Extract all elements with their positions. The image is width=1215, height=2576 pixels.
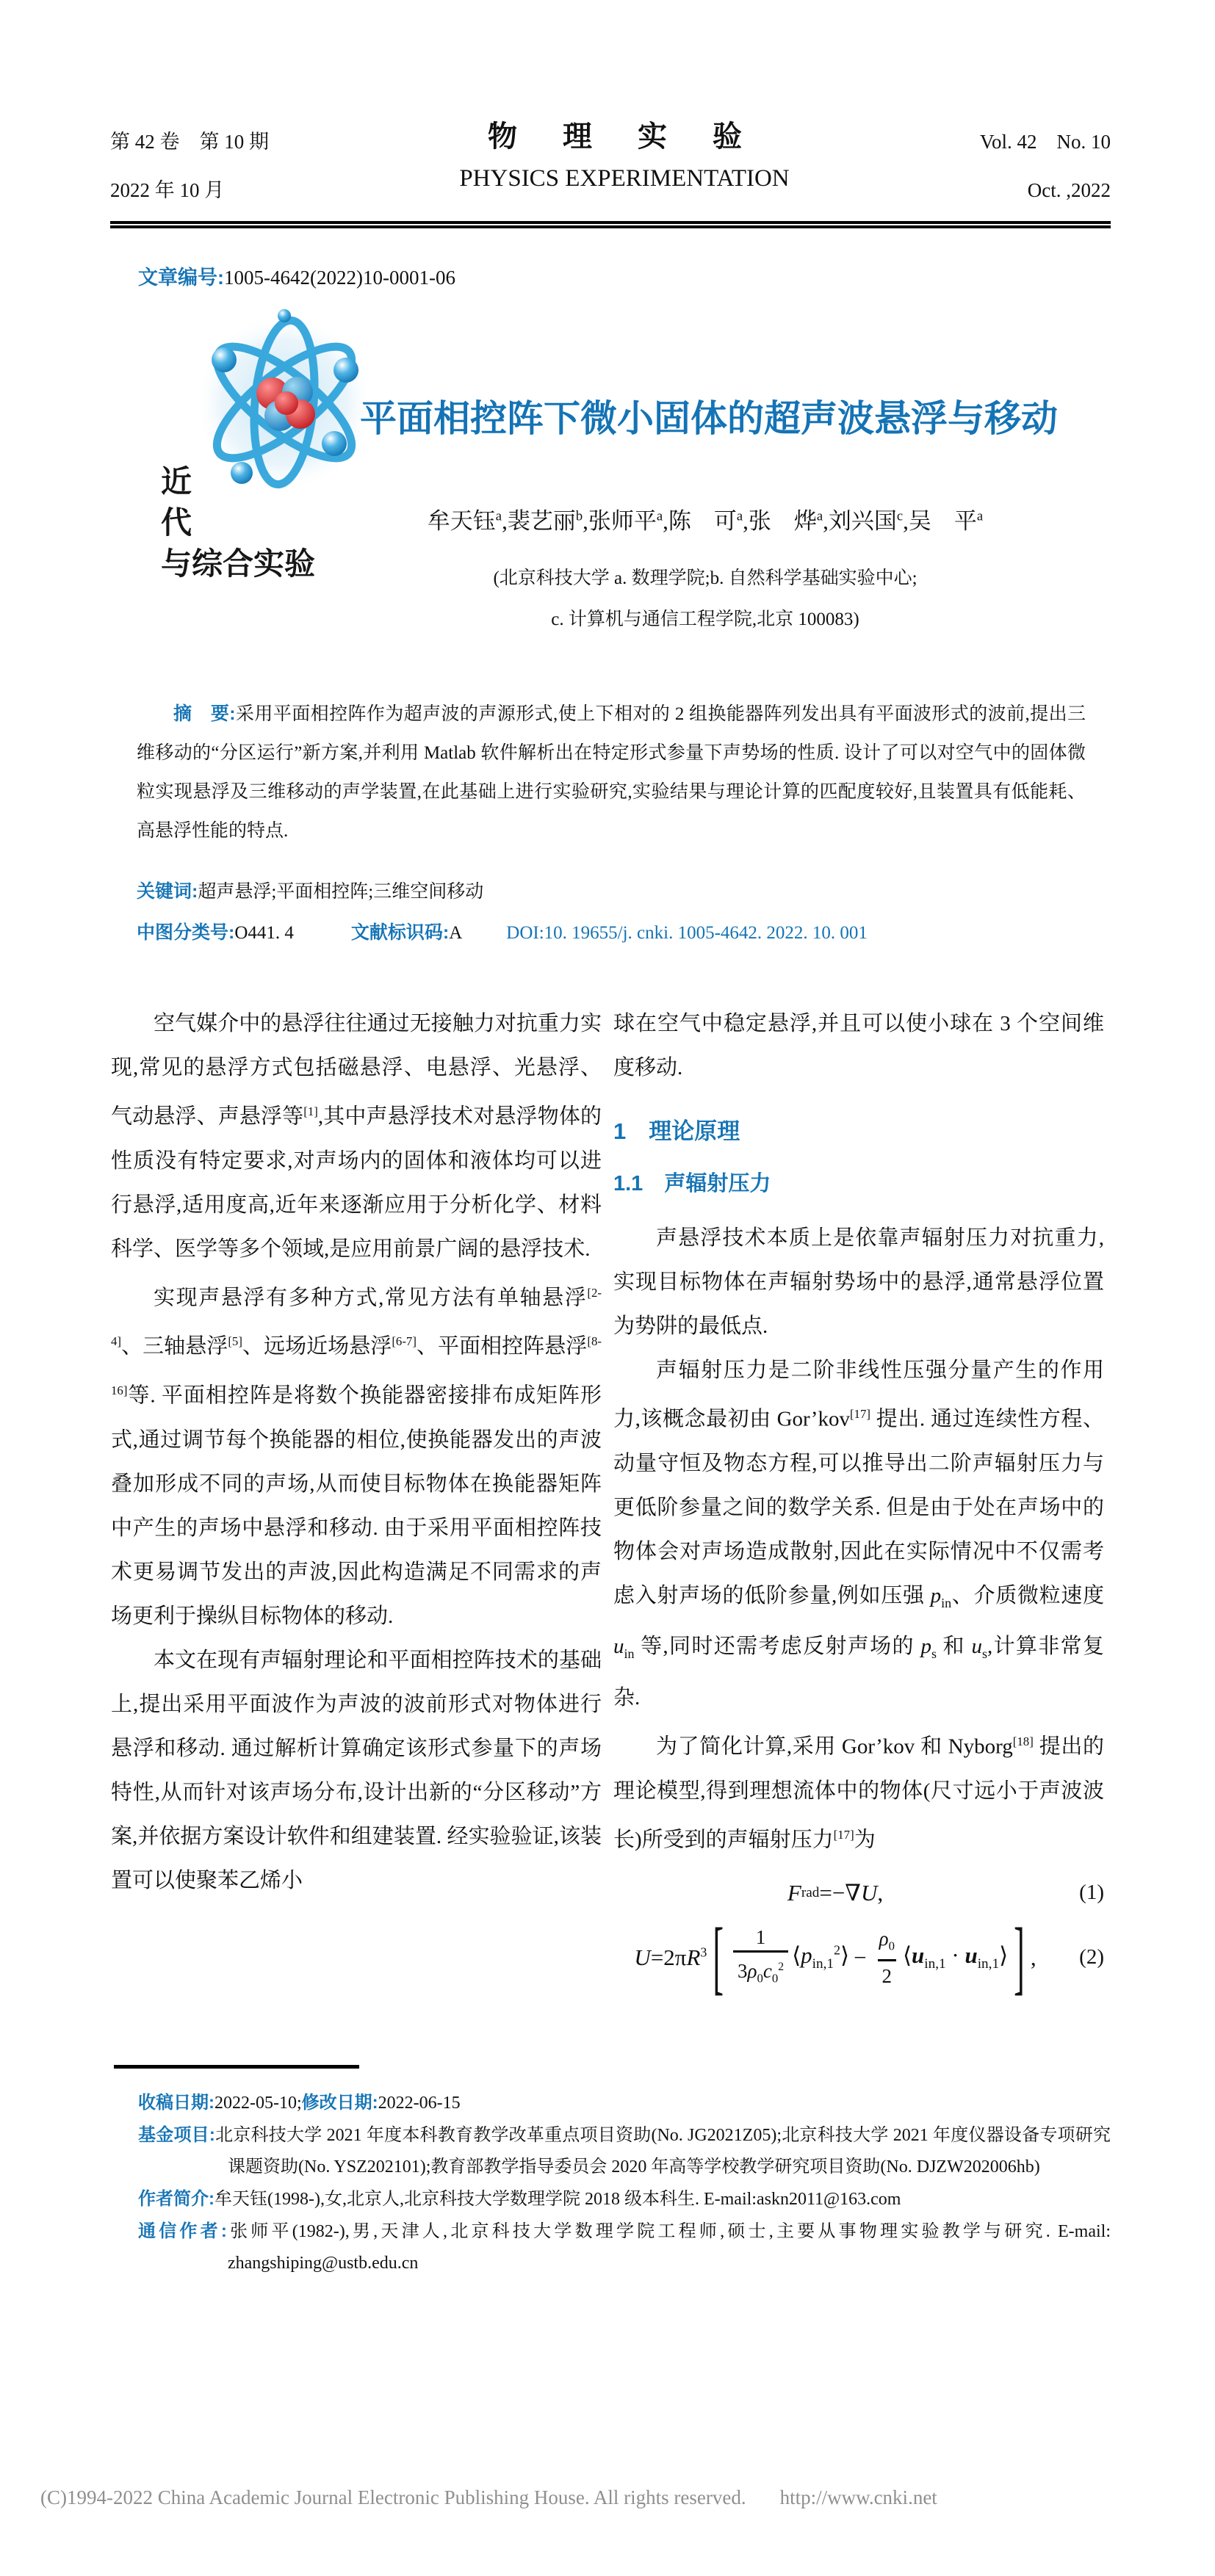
article-body: 空气媒介中的悬浮往往通过无接触力对抗重力实现,常见的悬浮方式包括磁悬浮、电悬浮、…: [111, 1002, 1104, 2009]
volume-issue-en: Vol. 42 No. 10: [980, 117, 1111, 166]
journal-page: 第 42 卷 第 10 期 2022 年 10 月 物 理 实 验 PHYSIC…: [0, 0, 1215, 2576]
fraction-2-numerator: ρ0: [875, 1925, 899, 1959]
author-bio-label: 作者简介:: [138, 2189, 214, 2209]
paragraph-intro-2: 实现声悬浮有多种方式,常见方法有单轴悬浮[2-4]、三轴悬浮[5]、远场近场悬浮…: [111, 1271, 602, 1638]
logo-line-2: 代: [161, 502, 315, 543]
abstract-label: 摘 要:: [173, 703, 236, 724]
equation-2-lhs: U=2πR3: [634, 1944, 707, 1971]
journal-title-en: PHYSICS EXPERIMENTATION: [459, 156, 789, 201]
article-number-line: 文章编号:1005-4642(2022)10-0001-06: [138, 261, 455, 290]
masthead-double-rule: [110, 221, 1111, 228]
cnki-copyright-footer: (C)1994-2022 China Academic Journal Elec…: [40, 2486, 937, 2509]
paragraph-theory-3: 为了简化计算,采用 Gor’kov 和 Nyborg[18] 提出的理论模型,得…: [613, 1720, 1104, 1862]
masthead-right: Vol. 42 No. 10 Oct. ,2022: [980, 117, 1111, 214]
paragraph-intro-3: 本文在现有声辐射理论和平面相控阵技术的基础上,提出采用平面波作为声波的波前形式对…: [111, 1638, 602, 1903]
equation-1-number: (1): [1057, 1881, 1104, 1905]
paragraph-continuation: 球在空气中稳定悬浮,并且可以使小球在 3 个空间维度移动.: [613, 1002, 1104, 1090]
equation-2-fraction-2: ρ0 2: [875, 1925, 899, 1989]
abstract-text: 采用平面相控阵作为超声波的声源形式,使上下相对的 2 组换能器阵列发出具有平面波…: [137, 704, 1086, 841]
right-column: 球在空气中稳定悬浮,并且可以使小球在 3 个空间维度移动. 1 理论原理 1.1…: [613, 1002, 1104, 2009]
column-logo-text: 近 代 与综合实验: [161, 461, 315, 585]
keywords-text: 超声悬浮;平面相控阵;三维空间移动: [198, 882, 483, 902]
journal-title-zh: 物 理 实 验: [459, 117, 789, 156]
logo-line-1: 近: [161, 461, 315, 502]
fraction-1-denominator: 3ρ0c02: [733, 1950, 788, 1991]
clc-value: O441. 4: [234, 923, 294, 943]
equation-2-pressure-term: ⟨pin,12⟩: [792, 1942, 849, 1972]
equation-2: U=2πR3 [ 1 3ρ0c02 ⟨pin,12⟩ − ρ0 2 ⟨uin,1…: [613, 1924, 1104, 1991]
volume-issue-zh: 第 42 卷 第 10 期: [110, 117, 269, 166]
revised-label: 修改日期:: [302, 2093, 378, 2113]
revised-value: 2022-06-15: [378, 2094, 461, 2113]
abstract: 摘 要:采用平面相控阵作为超声波的声源形式,使上下相对的 2 组换能器阵列发出具…: [137, 695, 1086, 850]
received-dates-note: 收稿日期:2022-05-10;修改日期:2022-06-15: [138, 2087, 1111, 2119]
article-title: 平面相控阵下微小固体的超声波悬浮与移动: [323, 389, 1095, 442]
equation-2-open-bracket: [: [713, 1910, 724, 2005]
doc-code-label: 文献标识码:: [351, 922, 449, 943]
funding-label: 基金项目:: [138, 2125, 215, 2145]
clc-label: 中图分类号:: [137, 922, 234, 943]
doi-value: DOI:10. 19655/j. cnki. 1005-4642. 2022. …: [506, 923, 868, 943]
masthead-left: 第 42 卷 第 10 期 2022 年 10 月: [110, 117, 269, 214]
author-bio-text: 牟天钰(1998-),女,北京人,北京科技大学数理学院 2018 级本科生. E…: [214, 2190, 901, 2209]
copyright-text: (C)1994-2022 China Academic Journal Elec…: [40, 2486, 746, 2508]
affiliation-line-1: (北京科技大学 a. 数理学院;b. 自然科学基础实验中心;: [309, 558, 1102, 599]
affiliation: (北京科技大学 a. 数理学院;b. 自然科学基础实验中心; c. 计算机与通信…: [309, 558, 1102, 640]
date-zh: 2022 年 10 月: [110, 166, 269, 214]
fraction-2-denominator: 2: [878, 1959, 897, 1989]
article-number-label: 文章编号:: [138, 267, 224, 289]
corresponding-author-note: 通信作者:张师平(1982-),男,天津人,北京科技大学数理学院工程师,硕士,主…: [138, 2215, 1111, 2279]
received-value: 2022-05-10;: [214, 2094, 302, 2113]
column-logo: 近 代 与综合实验: [136, 303, 369, 595]
paragraph-theory-2: 声辐射压力是二阶非线性压强分量产生的作用力,该概念最初由 Gor’kov[17]…: [613, 1348, 1104, 1720]
paragraph-theory-1: 声悬浮技术本质上是依靠声辐射压力对抗重力,实现目标物体在声辐射势场中的悬浮,通常…: [613, 1216, 1104, 1348]
classification-line: 中图分类号:O441. 4文献标识码:ADOI:10. 19655/j. cnk…: [137, 918, 868, 944]
equation-2-fraction-1: 1 3ρ0c02: [733, 1924, 788, 1991]
masthead-center: 物 理 实 验 PHYSICS EXPERIMENTATION: [459, 117, 789, 201]
keywords-label: 关键词:: [137, 881, 198, 902]
fraction-1-numerator: 1: [751, 1924, 771, 1950]
author-bio-note: 作者简介:牟天钰(1998-),女,北京人,北京科技大学数理学院 2018 级本…: [138, 2183, 1111, 2215]
equation-2-minus: −: [854, 1944, 866, 1971]
funding-text: 北京科技大学 2021 年度本科教育教学改革重点项目资助(No. JG2021Z…: [215, 2126, 1111, 2177]
equation-1: Frad=−∇U, (1): [613, 1880, 1104, 1906]
date-en: Oct. ,2022: [980, 166, 1111, 214]
journal-masthead: 第 42 卷 第 10 期 2022 年 10 月 物 理 实 验 PHYSIC…: [110, 117, 1111, 214]
subsection-heading-1-1: 1.1 声辐射压力: [613, 1169, 1104, 1198]
footnote-separator: [114, 2065, 359, 2069]
corresponding-author-label: 通信作者:: [138, 2221, 227, 2241]
article-number-value: 1005-4642(2022)10-0001-06: [224, 267, 455, 289]
equation-2-comma: ,: [1031, 1944, 1036, 1971]
equation-1-body: Frad=−∇U,: [613, 1880, 1057, 1906]
keywords-line: 关键词:超声悬浮;平面相控阵;三维空间移动: [137, 877, 483, 903]
author-line: 牟天钰a,裴艺丽b,张师平a,陈 可a,张 烨a,刘兴国c,吴 平a: [309, 502, 1102, 535]
section-heading-1: 1 理论原理: [613, 1116, 1104, 1147]
equation-2-number: (2): [1057, 1945, 1104, 1969]
equation-2-velocity-term: ⟨uin,1 · uin,1⟩: [903, 1942, 1008, 1972]
corresponding-author-text: 张师平(1982-),男,天津人,北京科技大学数理学院工程师,硕士,主要从事物理…: [227, 2222, 1111, 2273]
equation-2-close-bracket: ]: [1014, 1910, 1025, 2005]
left-column: 空气媒介中的悬浮往往通过无接触力对抗重力实现,常见的悬浮方式包括磁悬浮、电悬浮、…: [111, 1002, 602, 2009]
logo-line-3: 与综合实验: [161, 543, 315, 585]
received-label: 收稿日期:: [138, 2093, 214, 2113]
affiliation-line-2: c. 计算机与通信工程学院,北京 100083): [309, 599, 1102, 640]
funding-note: 基金项目:北京科技大学 2021 年度本科教育教学改革重点项目资助(No. JG…: [138, 2119, 1111, 2183]
doc-code-value: A: [449, 923, 462, 943]
equation-2-body: U=2πR3 [ 1 3ρ0c02 ⟨pin,12⟩ − ρ0 2 ⟨uin,1…: [613, 1924, 1057, 1991]
footnotes: 收稿日期:2022-05-10;修改日期:2022-06-15 基金项目:北京科…: [138, 2087, 1111, 2279]
paragraph-intro-1: 空气媒介中的悬浮往往通过无接触力对抗重力实现,常见的悬浮方式包括磁悬浮、电悬浮、…: [111, 1002, 602, 1271]
cnki-url: http://www.cnki.net: [780, 2486, 937, 2508]
